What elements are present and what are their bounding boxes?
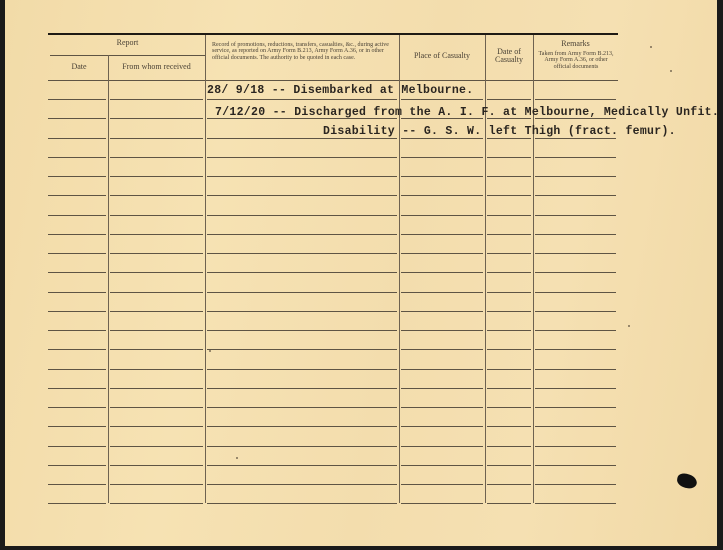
row-line [110, 118, 203, 119]
row-line [207, 157, 397, 158]
row-line [110, 388, 203, 389]
row-line [110, 369, 203, 370]
row-line [401, 388, 483, 389]
row-line [401, 330, 483, 331]
row-line [401, 157, 483, 158]
row-line [207, 215, 397, 216]
row-line [207, 99, 397, 100]
row-line [401, 446, 483, 447]
row-line [535, 349, 616, 350]
row-line [401, 292, 483, 293]
row-line [535, 484, 616, 485]
row-line [207, 503, 397, 504]
row-line [535, 215, 616, 216]
entry-discharged: 7/12/20 -- Discharged from the A. I. F. … [215, 106, 719, 119]
row-line [110, 292, 203, 293]
row-line [48, 99, 106, 100]
row-line [535, 465, 616, 466]
row-line [207, 272, 397, 273]
row-line [48, 195, 106, 196]
speck [628, 325, 630, 327]
row-line [401, 484, 483, 485]
row-line [48, 272, 106, 273]
row-line [48, 176, 106, 177]
header-from-whom: From whom received [108, 63, 205, 71]
row-line [48, 446, 106, 447]
row-line [487, 426, 531, 427]
row-line [48, 349, 106, 350]
header-record: Record of promotions, reductions, transf… [212, 42, 396, 61]
header-date: Date [50, 63, 108, 71]
row-line [48, 503, 106, 504]
row-line [487, 407, 531, 408]
row-line [401, 99, 483, 100]
row-line [110, 176, 203, 177]
row-line [110, 195, 203, 196]
row-line [110, 99, 203, 100]
row-line [487, 349, 531, 350]
row-line [48, 330, 106, 331]
row-line [487, 330, 531, 331]
speck [236, 457, 238, 459]
row-line [48, 465, 106, 466]
header-report: Report [50, 39, 205, 47]
row-line [535, 407, 616, 408]
row-line [207, 446, 397, 447]
row-line [48, 426, 106, 427]
row-line [401, 503, 483, 504]
row-line [110, 465, 203, 466]
row-line [207, 369, 397, 370]
row-line [401, 272, 483, 273]
row-line [401, 176, 483, 177]
row-line [207, 311, 397, 312]
row-line [487, 388, 531, 389]
row-line [110, 272, 203, 273]
row-line [110, 330, 203, 331]
row-line [535, 330, 616, 331]
header-remarks-sub: Taken from Army Form B.213, Army Form A.… [537, 51, 615, 70]
row-line [207, 253, 397, 254]
row-line [535, 446, 616, 447]
row-line [110, 157, 203, 158]
row-line [48, 484, 106, 485]
row-line [48, 253, 106, 254]
row-line [401, 349, 483, 350]
row-line [487, 272, 531, 273]
row-line [401, 215, 483, 216]
row-line [207, 349, 397, 350]
row-line [207, 234, 397, 235]
row-line [535, 503, 616, 504]
row-line [487, 465, 531, 466]
row-line [487, 311, 531, 312]
row-line [48, 234, 106, 235]
row-line [110, 426, 203, 427]
row-line [207, 388, 397, 389]
row-line [207, 195, 397, 196]
row-line [207, 407, 397, 408]
speck [650, 46, 652, 48]
row-line [207, 465, 397, 466]
speck [670, 70, 672, 72]
row-line [535, 253, 616, 254]
row-line [487, 157, 531, 158]
row-line [487, 292, 531, 293]
row-line [110, 234, 203, 235]
row-line [487, 446, 531, 447]
header-date-of-casualty: Date of Casualty [485, 48, 533, 65]
row-line [535, 234, 616, 235]
row-line [207, 330, 397, 331]
row-line [535, 272, 616, 273]
row-line [48, 388, 106, 389]
row-line [48, 157, 106, 158]
row-line [401, 369, 483, 370]
row-line [401, 311, 483, 312]
header-place: Place of Casualty [399, 52, 485, 60]
row-line [535, 426, 616, 427]
row-line [110, 215, 203, 216]
row-line [207, 292, 397, 293]
row-line [535, 292, 616, 293]
row-line [401, 234, 483, 235]
row-line [401, 465, 483, 466]
row-line [48, 292, 106, 293]
entry-disability: Disability -- G. S. W. left Thigh (fract… [323, 125, 676, 138]
row-line [401, 195, 483, 196]
entry-disembarked: 28/ 9/18 -- Disembarked at Melbourne. [207, 84, 473, 97]
row-line [487, 484, 531, 485]
row-line [110, 407, 203, 408]
col-divider-from [205, 35, 206, 503]
row-line [110, 349, 203, 350]
row-line [110, 503, 203, 504]
row-line [535, 176, 616, 177]
row-line [48, 118, 106, 119]
row-line [401, 253, 483, 254]
row-line [487, 176, 531, 177]
row-line [207, 484, 397, 485]
row-line [207, 176, 397, 177]
row-line [207, 138, 397, 139]
row-line [207, 426, 397, 427]
row-line [401, 138, 483, 139]
row-line [110, 484, 203, 485]
row-line [535, 138, 616, 139]
col-divider-date [108, 55, 109, 503]
row-line [535, 157, 616, 158]
row-line [535, 195, 616, 196]
row-line [110, 253, 203, 254]
row-line [535, 369, 616, 370]
row-line [401, 426, 483, 427]
row-line [535, 311, 616, 312]
row-line [48, 311, 106, 312]
row-line [110, 138, 203, 139]
speck [209, 350, 211, 352]
row-line [487, 503, 531, 504]
row-line [535, 388, 616, 389]
row-line [535, 99, 616, 100]
row-line [48, 138, 106, 139]
row-line [487, 99, 531, 100]
row-line [487, 195, 531, 196]
row-line [487, 369, 531, 370]
row-line [48, 407, 106, 408]
row-line [110, 311, 203, 312]
report-subdivider [50, 55, 205, 56]
row-line [48, 369, 106, 370]
row-line [110, 446, 203, 447]
header-remarks-title: Remarks [533, 40, 618, 48]
row-line [48, 215, 106, 216]
row-line [487, 234, 531, 235]
row-line [487, 253, 531, 254]
row-line [487, 215, 531, 216]
row-line [487, 138, 531, 139]
row-line [401, 407, 483, 408]
